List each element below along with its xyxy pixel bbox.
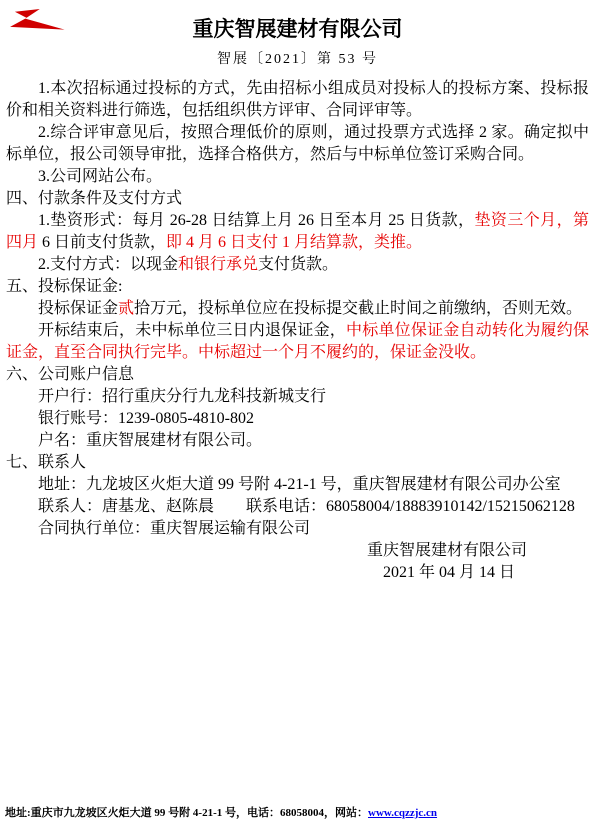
- document-page: 重庆智展建材有限公司 智展〔2021〕第 53 号 1.本次招标通过投标的方式，…: [0, 0, 595, 827]
- section-contact-heading: 七、联系人: [6, 452, 589, 474]
- payment-item-1-seg1: 1.垫资形式：每月 26-28 日结算上月 26 日至本月 25 日货款，: [38, 212, 475, 229]
- document-header: 重庆智展建材有限公司 智展〔2021〕第 53 号: [0, 0, 595, 69]
- payment-item-1-red2: 即 4 月 6 日支付 1 月结算款，类推。: [166, 234, 422, 251]
- payment-item-2: 2.支付方式：以现金和银行承兑支付货款。: [6, 254, 589, 276]
- zhizhan-logo-icon: [8, 7, 66, 33]
- payment-item-2-seg1: 2.支付方式：以现金: [38, 256, 178, 273]
- deposit-para-1-seg3: 拾万元，投标单位应在投标提交截止时间之前缴纳，否则无效。: [134, 300, 582, 317]
- deposit-para-2: 开标结束后，未中标单位三日内退保证金，中标单位保证金自动转化为履约保证金，直至合…: [6, 320, 589, 364]
- doc-number: 智展〔2021〕第 53 号: [0, 50, 595, 69]
- signature-date: 2021 年 04 月 14 日: [6, 562, 589, 584]
- deposit-para-1: 投标保证金贰拾万元，投标单位应在投标提交截止时间之前缴纳，否则无效。: [6, 298, 589, 320]
- intro-item-2-text: 2.综合评审意见后，按照合理低价的原则，通过投票方式选择 2 家。确定拟中标单位…: [6, 124, 589, 163]
- intro-item-1: 1.本次招标通过投标的方式，先由招标小组成员对投标人的投标方案、投标报价和相关资…: [6, 78, 589, 122]
- deposit-para-1-seg1: 投标保证金: [38, 300, 118, 317]
- footer-website-link[interactable]: www.cqzzjc.cn: [368, 807, 437, 819]
- section-account-heading: 六、公司账户信息: [6, 364, 589, 386]
- payment-item-2-red: 和银行承兑: [178, 256, 258, 273]
- section-deposit-heading: 五、投标保证金:: [6, 276, 589, 298]
- signature-company: 重庆智展建材有限公司: [6, 540, 589, 562]
- intro-item-2: 2.综合评审意见后，按照合理低价的原则，通过投票方式选择 2 家。确定拟中标单位…: [6, 122, 589, 166]
- payment-item-1-seg3: 6 日前支付货款，: [38, 234, 166, 251]
- account-bank-line: 开户行：招行重庆分行九龙科技新城支行: [6, 386, 589, 408]
- intro-item-3-text: 3.公司网站公布。: [38, 168, 162, 185]
- footer-address: 地址:重庆市九龙坡区火炬大道 99 号附 4-21-1 号，电话：6805800…: [5, 807, 368, 819]
- page-footer: 地址:重庆市九龙坡区火炬大道 99 号附 4-21-1 号，电话：6805800…: [5, 806, 590, 821]
- contact-persons-line: 联系人：唐基龙、赵陈晨 联系电话：68058004/18883910142/15…: [6, 496, 589, 518]
- account-number-line: 银行账号：1239-0805-4810-802: [6, 408, 589, 430]
- contact-executor-line: 合同执行单位：重庆智展运输有限公司: [6, 518, 589, 540]
- deposit-para-1-red: 贰: [118, 300, 134, 317]
- section-payment-heading: 四、付款条件及支付方式: [6, 188, 589, 210]
- page-title: 重庆智展建材有限公司: [0, 16, 595, 43]
- intro-item-1-text: 1.本次招标通过投标的方式，先由招标小组成员对投标人的投标方案、投标报价和相关资…: [6, 80, 589, 119]
- account-holder-line: 户名：重庆智展建材有限公司。: [6, 430, 589, 452]
- deposit-para-2-seg1: 开标结束后，未中标单位三日内退保证金，: [38, 322, 346, 339]
- payment-item-1: 1.垫资形式：每月 26-28 日结算上月 26 日至本月 25 日货款，垫资三…: [6, 210, 589, 254]
- payment-item-2-seg3: 支付货款。: [258, 256, 338, 273]
- intro-item-3: 3.公司网站公布。: [6, 166, 589, 188]
- contact-address-line: 地址：九龙坡区火炬大道 99 号附 4-21-1 号，重庆智展建材有限公司办公室: [6, 474, 589, 496]
- document-body: 1.本次招标通过投标的方式，先由招标小组成员对投标人的投标方案、投标报价和相关资…: [0, 69, 595, 584]
